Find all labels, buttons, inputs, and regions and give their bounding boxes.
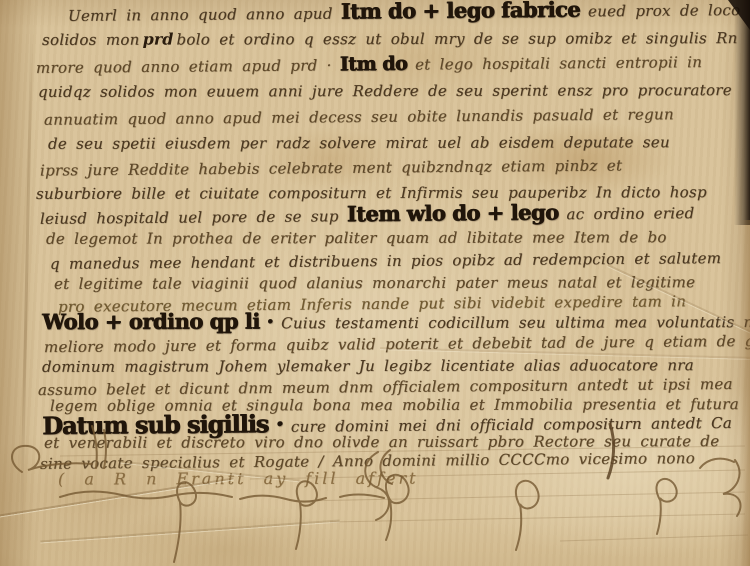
- rubric-heading: Itm do: [332, 53, 416, 76]
- parchment-crease: [19, 0, 34, 566]
- emphasized-script-text: prd: [140, 30, 177, 49]
- script-text: et lego hospitali sancti entropii in: [415, 53, 702, 74]
- script-text: suburbiore bille et ciuitate compositurn…: [36, 183, 707, 203]
- script-text: meliore modo jure et forma quibz valid p…: [44, 332, 750, 356]
- script-text: solidos mon: [42, 31, 140, 49]
- script-text: de seu spetii eiusdem per radz solvere m…: [48, 133, 670, 153]
- script-text: mrore quod anno etiam apud prd ·: [36, 56, 332, 77]
- script-text: iprss jure Reddite habebis celebrate men…: [40, 156, 622, 179]
- rubric-heading: Item wlo do + lego: [339, 199, 567, 226]
- parchment-crease: [40, 520, 339, 543]
- script-text: eued prox de loco: [588, 1, 741, 20]
- photo-edge-shadow: [734, 0, 750, 225]
- script-text: de legemot In prothea de eriter paliter …: [46, 228, 667, 248]
- manuscript-photo: Uemrl in anno quod anno apudItm do + leg…: [0, 0, 750, 566]
- script-text: bolo et ordino q essz ut obul mry de se …: [176, 29, 737, 48]
- script-text: leiusd hospitald uel pore de se sup: [40, 207, 339, 228]
- signature-text: ( a R n Erantt ay fill affert: [58, 469, 419, 489]
- script-text: Cuius testamenti codicillum seu ultima m…: [281, 313, 750, 332]
- script-text: annuatim quod anno apud mei decess seu o…: [44, 105, 674, 128]
- rubric-heading: Wolo + ordino qp li ·: [34, 308, 281, 334]
- parchment-edge: [740, 220, 750, 566]
- script-text: dominum magistrum Johem ylemaker Ju legi…: [42, 356, 694, 376]
- text-line-with-rubric: mrore quod anno etiam apud prd ·Itm doet…: [36, 52, 702, 84]
- script-text: q manedus mee hendant et distribuens in …: [50, 249, 721, 273]
- rubric-heading: Itm do + lego fabrice: [333, 0, 589, 24]
- script-text: et legitime tale viaginii quod alanius m…: [54, 273, 695, 293]
- script-text: ac ordino eried: [566, 204, 694, 223]
- script-text: quidqz solidos mon euuem anni jure Redde…: [38, 81, 732, 101]
- photo-corner-shadow: [728, 0, 750, 30]
- script-text: Uemrl in anno quod anno apud: [68, 5, 333, 25]
- text-line-with-rubric: Uemrl in anno quod anno apudItm do + leg…: [68, 0, 741, 31]
- text-line: annuatim quod anno apud mei decess seu o…: [44, 104, 674, 135]
- text-line: ( a R n Erantt ay fill affert: [58, 469, 419, 496]
